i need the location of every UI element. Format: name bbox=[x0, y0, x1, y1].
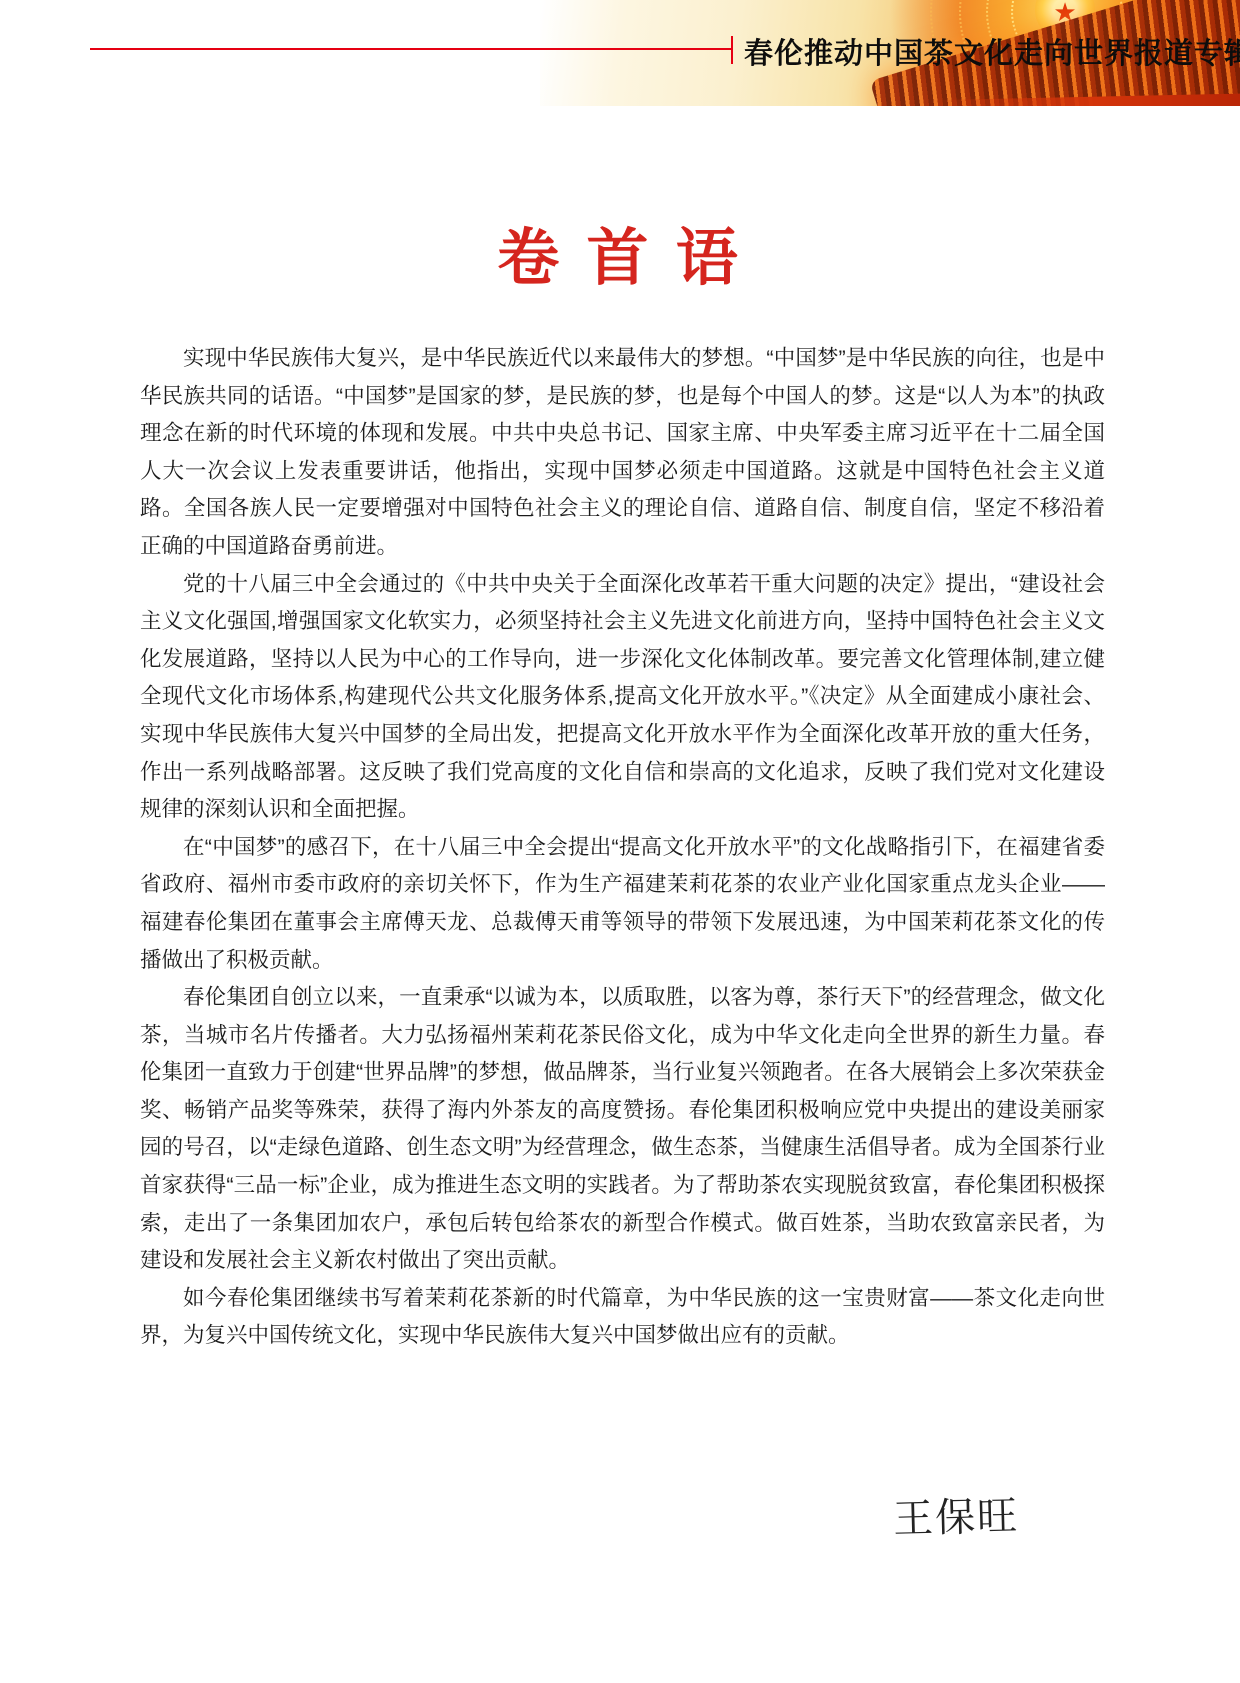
paragraph: 党的十八届三中全会通过的《中共中央关于全面深化改革若干重大问题的决定》提出，“建… bbox=[140, 566, 1105, 829]
signature-handwriting: 王保旺 bbox=[892, 1484, 1019, 1544]
paragraph: 在“中国梦”的感召下，在十八届三中全会提出“提高文化开放水平”的文化战略指引下，… bbox=[140, 829, 1105, 979]
header-horizontal-rule bbox=[90, 48, 732, 50]
paragraph: 如今春伦集团继续书写着茉莉花茶新的时代篇章，为中华民族的这一宝贵财富——茶文化走… bbox=[140, 1280, 1105, 1355]
foreword-body: 实现中华民族伟大复兴，是中华民族近代以来最伟大的梦想。“中国梦”是中华民族的向往… bbox=[140, 340, 1105, 1355]
page-title: 卷 首 语 bbox=[0, 208, 1240, 297]
series-title: 春伦推动中国茶文化走向世界报道专辑 bbox=[744, 31, 1240, 72]
header-vertical-tick bbox=[731, 36, 733, 64]
paragraph: 实现中华民族伟大复兴，是中华民族近代以来最伟大的梦想。“中国梦”是中华民族的向往… bbox=[140, 340, 1105, 566]
paragraph: 春伦集团自创立以来，一直秉承“以诚为本，以质取胜，以客为尊，茶行天下”的经营理念… bbox=[140, 979, 1105, 1280]
